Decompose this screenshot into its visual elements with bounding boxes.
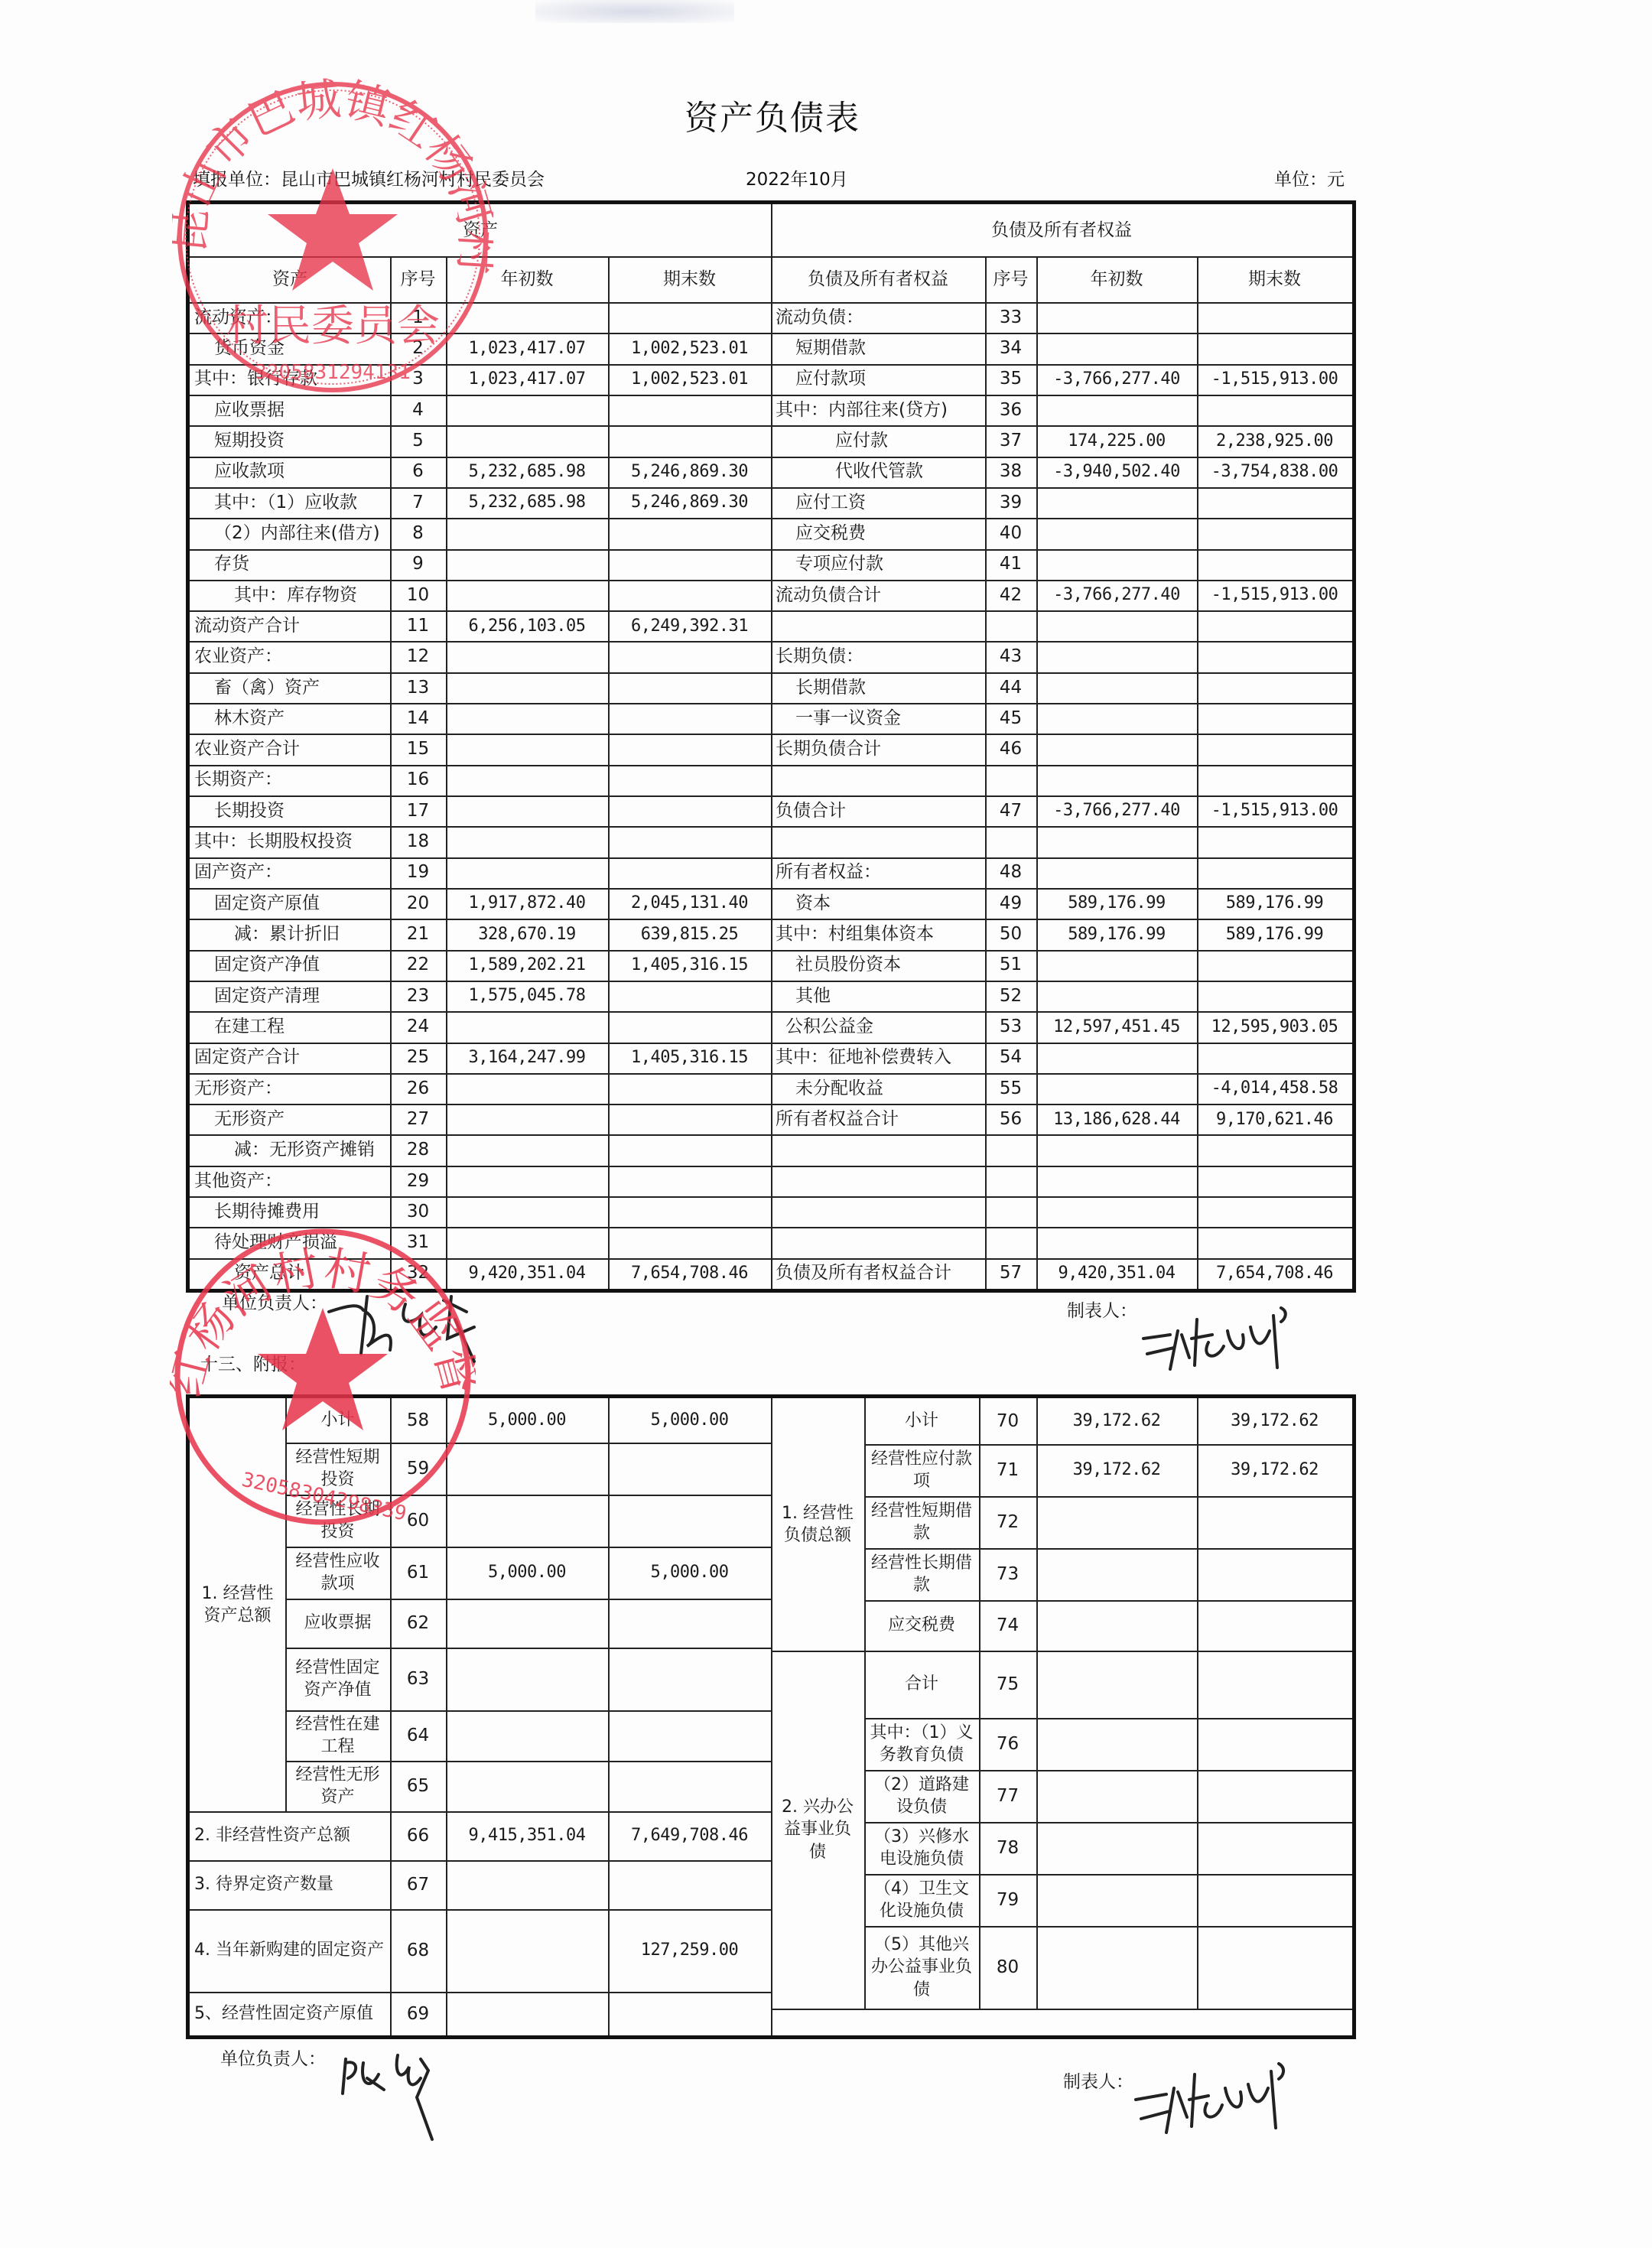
public-welfare-liability-name: （5）其他兴办公益事业负债	[864, 1926, 979, 2009]
balance-sheet-table: 资产负债及所有者权益资产负债及所有者权益序号序号年初数年初数期末数期末数流动资产…	[186, 200, 1356, 1293]
asset-begin-value	[446, 425, 608, 456]
scan-artifact	[535, 0, 734, 23]
other-asset-begin: 9,415,351.04	[446, 1811, 608, 1860]
asset-end-value	[608, 1073, 771, 1104]
operating-asset-begin	[446, 1648, 608, 1710]
asset-item-no: 17	[390, 795, 446, 826]
liability-item-no	[985, 1166, 1036, 1196]
other-asset-no: 69	[390, 1992, 446, 2036]
operating-asset-name: 小计	[285, 1398, 390, 1443]
public-welfare-liability-no: 77	[979, 1770, 1036, 1822]
asset-item-no: 27	[390, 1104, 446, 1134]
asset-end-value	[608, 1227, 771, 1257]
public-welfare-liability-name: （3）兴修水电设施负债	[864, 1822, 979, 1874]
operating-liability-name: 经营性应付款项	[864, 1444, 979, 1496]
liability-item-name: 应付款	[771, 425, 985, 456]
public-welfare-liability-begin	[1036, 1770, 1197, 1822]
liability-begin-value	[1036, 765, 1197, 795]
asset-end-value: 1,002,523.01	[608, 333, 771, 363]
asset-end-value	[608, 302, 771, 333]
liabilities-section-header: 负债及所有者权益	[771, 204, 1352, 256]
asset-begin-value: 5,232,685.98	[446, 487, 608, 518]
asset-end-value	[608, 857, 771, 888]
asset-end-value	[608, 549, 771, 580]
asset-begin-value	[446, 549, 608, 580]
other-asset-end: 127,259.00	[608, 1909, 771, 1992]
liability-item-name: 应交税费	[771, 518, 985, 548]
asset-begin-value	[446, 734, 608, 764]
asset-end-value	[608, 641, 771, 672]
liability-item-no: 52	[985, 981, 1036, 1011]
liability-item-name	[771, 826, 985, 857]
liability-begin-value: 589,176.99	[1036, 919, 1197, 949]
liability-end-value	[1197, 734, 1352, 764]
liability-begin-value	[1036, 333, 1197, 363]
operating-asset-begin	[446, 1443, 608, 1495]
asset-end-value	[608, 1011, 771, 1042]
document-title: 资产负债表	[0, 90, 1545, 139]
asset-begin-value	[446, 857, 608, 888]
operating-asset-no: 61	[390, 1547, 446, 1599]
liability-item-no: 49	[985, 888, 1036, 919]
supplement-label: 十三、附报：	[200, 1350, 306, 1375]
liability-item-no: 37	[985, 425, 1036, 456]
public-welfare-liability-no: 80	[979, 1926, 1036, 2009]
liability-end-value	[1197, 518, 1352, 548]
public-welfare-liability-no: 79	[979, 1874, 1036, 1926]
other-asset-end: 7,649,708.46	[608, 1811, 771, 1860]
liability-end-value: 9,170,621.46	[1197, 1104, 1352, 1134]
liability-item-no	[985, 1196, 1036, 1227]
asset-begin-value	[446, 1073, 608, 1104]
operating-liability-no: 74	[979, 1600, 1036, 1651]
supplement-table: 1. 经营性资产总额小计585,000.005,000.00经营性短期投资59经…	[186, 1394, 1356, 2039]
liability-item-name: 专项应付款	[771, 549, 985, 580]
asset-end-value: 1,405,316.15	[608, 950, 771, 981]
operating-liability-name: 经营性短期借款	[864, 1496, 979, 1548]
liability-item-name: 其中：内部往来(贷方)	[771, 395, 985, 425]
liability-item-name	[771, 1196, 985, 1227]
asset-end-value: 2,045,131.40	[608, 888, 771, 919]
liability-item-name: 流动负债：	[771, 302, 985, 333]
asset-item-no: 10	[390, 580, 446, 610]
liability-item-no	[985, 1134, 1036, 1165]
liability-begin-value: -3,766,277.40	[1036, 364, 1197, 395]
liability-end-value	[1197, 703, 1352, 734]
asset-begin-value	[446, 641, 608, 672]
asset-item-name: 存货	[190, 549, 390, 580]
asset-item-name: 货币资金	[190, 333, 390, 363]
public-welfare-liability-begin	[1036, 1718, 1197, 1770]
operating-asset-end: 5,000.00	[608, 1547, 771, 1599]
operating-liability-end	[1197, 1548, 1352, 1600]
other-asset-end	[608, 1992, 771, 2036]
operating-liability-begin	[1036, 1496, 1197, 1548]
liability-begin-value: 13,186,628.44	[1036, 1104, 1197, 1134]
report-period: 2022年10月	[746, 165, 848, 190]
asset-item-no: 24	[390, 1011, 446, 1042]
asset-begin-value	[446, 302, 608, 333]
liability-begin-value	[1036, 518, 1197, 548]
asset-begin-value	[446, 703, 608, 734]
liability-item-no: 40	[985, 518, 1036, 548]
operating-asset-end	[608, 1761, 771, 1811]
asset-col-end: 期末数	[608, 256, 771, 302]
liability-begin-value: 9,420,351.04	[1036, 1258, 1197, 1289]
grid-line	[771, 2009, 1352, 2010]
asset-begin-value: 1,575,045.78	[446, 981, 608, 1011]
reporting-unit-label: 填报单位：	[193, 170, 281, 190]
liability-item-no: 46	[985, 734, 1036, 764]
liability-item-no	[985, 610, 1036, 641]
asset-end-value	[608, 795, 771, 826]
preparer-signature-top	[1140, 1300, 1293, 1373]
liability-end-value	[1197, 826, 1352, 857]
liability-item-name	[771, 1134, 985, 1165]
asset-item-name: 其中：（1）应收款	[190, 487, 390, 518]
public-welfare-liability-no: 75	[979, 1651, 1036, 1718]
asset-item-no: 16	[390, 765, 446, 795]
liability-end-value	[1197, 302, 1352, 333]
other-asset-name: 4. 当年新购建的固定资产	[190, 1909, 390, 1992]
other-asset-name: 3. 待界定资产数量	[190, 1860, 390, 1909]
grid-line	[1036, 1398, 1038, 2009]
liability-item-no: 54	[985, 1043, 1036, 1073]
operating-asset-name: 经营性在建工程	[285, 1710, 390, 1761]
asset-begin-value	[446, 1166, 608, 1196]
liability-item-name: 所有者权益合计	[771, 1104, 985, 1134]
liability-end-value: 589,176.99	[1197, 888, 1352, 919]
liability-begin-value	[1036, 672, 1197, 703]
liability-col-begin: 年初数	[1036, 256, 1197, 302]
liability-begin-value: -3,766,277.40	[1036, 580, 1197, 610]
liability-item-name	[771, 1166, 985, 1196]
asset-item-no: 30	[390, 1196, 446, 1227]
public-welfare-liability-end	[1197, 1822, 1352, 1874]
operating-liability-end: 39,172.62	[1197, 1444, 1352, 1496]
asset-begin-value: 1,023,417.07	[446, 333, 608, 363]
liability-begin-value	[1036, 395, 1197, 425]
liability-end-value	[1197, 950, 1352, 981]
asset-item-no: 15	[390, 734, 446, 764]
asset-end-value: 639,815.25	[608, 919, 771, 949]
public-welfare-liability-no: 76	[979, 1718, 1036, 1770]
asset-item-name: 固定资产清理	[190, 981, 390, 1011]
other-asset-no: 67	[390, 1860, 446, 1909]
asset-begin-value: 1,589,202.21	[446, 950, 608, 981]
liability-col-no: 序号	[985, 256, 1036, 302]
operating-liabilities-group: 1. 经营性负债总额	[771, 1398, 864, 1651]
operating-asset-begin	[446, 1710, 608, 1761]
liability-begin-value	[1036, 302, 1197, 333]
operating-liability-end	[1197, 1600, 1352, 1651]
operating-asset-no: 64	[390, 1710, 446, 1761]
asset-begin-value	[446, 1134, 608, 1165]
asset-item-name: 其中：银行存款	[190, 364, 390, 395]
operating-liability-no: 72	[979, 1496, 1036, 1548]
liability-item-no: 57	[985, 1258, 1036, 1289]
public-welfare-liability-begin	[1036, 1651, 1197, 1718]
liability-begin-value: 174,225.00	[1036, 425, 1197, 456]
other-asset-name: 5、经营性固定资产原值	[190, 1992, 390, 2036]
liability-end-value	[1197, 641, 1352, 672]
liability-end-value	[1197, 395, 1352, 425]
public-welfare-liability-end	[1197, 1718, 1352, 1770]
liability-item-no: 47	[985, 795, 1036, 826]
liability-item-no	[985, 1227, 1036, 1257]
operating-asset-end	[608, 1710, 771, 1761]
liability-item-no: 33	[985, 302, 1036, 333]
asset-item-name: （2）内部往来(借方)	[190, 518, 390, 548]
liability-end-value: -1,515,913.00	[1197, 364, 1352, 395]
liability-begin-value: -3,940,502.40	[1036, 457, 1197, 487]
operating-liability-begin: 39,172.62	[1036, 1444, 1197, 1496]
asset-item-no: 19	[390, 857, 446, 888]
public-welfare-liability-end	[1197, 1926, 1352, 2009]
asset-begin-value	[446, 1196, 608, 1227]
asset-end-value: 1,405,316.15	[608, 1043, 771, 1073]
public-welfare-liability-end	[1197, 1874, 1352, 1926]
liability-item-name: 负债及所有者权益合计	[771, 1258, 985, 1289]
other-asset-no: 68	[390, 1909, 446, 1992]
public-welfare-liability-begin	[1036, 1822, 1197, 1874]
other-asset-no: 66	[390, 1811, 446, 1860]
liability-begin-value	[1036, 703, 1197, 734]
liability-item-name: 应付工资	[771, 487, 985, 518]
liability-item-name: 短期借款	[771, 333, 985, 363]
liability-item-name: 长期借款	[771, 672, 985, 703]
reporting-unit-value: 昆山市巴城镇红杨河村村民委员会	[281, 170, 545, 190]
grid-line	[979, 1398, 980, 2009]
asset-begin-value	[446, 826, 608, 857]
asset-item-name: 固定资产合计	[190, 1043, 390, 1073]
asset-item-no: 8	[390, 518, 446, 548]
liability-end-value	[1197, 765, 1352, 795]
asset-item-name: 减：累计折旧	[190, 919, 390, 949]
asset-item-name: 固定资产原值	[190, 888, 390, 919]
liability-begin-value	[1036, 610, 1197, 641]
asset-begin-value: 328,670.19	[446, 919, 608, 949]
asset-item-no: 6	[390, 457, 446, 487]
liability-item-no: 38	[985, 457, 1036, 487]
asset-item-no: 22	[390, 950, 446, 981]
asset-end-value	[608, 425, 771, 456]
liability-begin-value	[1036, 641, 1197, 672]
liability-item-name: 其他	[771, 981, 985, 1011]
operating-asset-no: 63	[390, 1648, 446, 1710]
asset-begin-value: 5,232,685.98	[446, 457, 608, 487]
grid-line	[864, 1398, 866, 2009]
liability-item-name: 其中：征地补偿费转入	[771, 1043, 985, 1073]
asset-item-no: 14	[390, 703, 446, 734]
asset-begin-value: 1,917,872.40	[446, 888, 608, 919]
operating-asset-end	[608, 1599, 771, 1648]
liability-end-value	[1197, 333, 1352, 363]
other-asset-begin	[446, 1992, 608, 2036]
liability-begin-value	[1036, 1134, 1197, 1165]
liability-begin-value	[1036, 826, 1197, 857]
liability-item-no: 53	[985, 1011, 1036, 1042]
asset-item-no: 12	[390, 641, 446, 672]
operating-asset-end	[608, 1648, 771, 1710]
asset-item-name: 林木资产	[190, 703, 390, 734]
asset-end-value	[608, 1166, 771, 1196]
asset-begin-value	[446, 395, 608, 425]
liability-end-value	[1197, 981, 1352, 1011]
operating-asset-begin	[446, 1599, 608, 1648]
asset-begin-value: 3,164,247.99	[446, 1043, 608, 1073]
liability-item-no: 34	[985, 333, 1036, 363]
asset-begin-value: 6,256,103.05	[446, 610, 608, 641]
public-welfare-liability-name: （4）卫生文化设施负债	[864, 1874, 979, 1926]
liability-begin-value	[1036, 1227, 1197, 1257]
operating-asset-begin	[446, 1495, 608, 1547]
assets-section-header: 资产	[190, 204, 771, 256]
asset-item-name: 应收票据	[190, 395, 390, 425]
asset-item-no: 3	[390, 364, 446, 395]
liability-item-no: 35	[985, 364, 1036, 395]
operating-liability-no: 70	[979, 1398, 1036, 1444]
asset-item-name: 待处理财产损溢	[190, 1227, 390, 1257]
liability-item-name	[771, 610, 985, 641]
other-asset-begin	[446, 1860, 608, 1909]
public-welfare-liability-no: 78	[979, 1822, 1036, 1874]
grid-line	[1197, 1398, 1198, 2009]
preparer-signature-bottom	[1132, 2058, 1300, 2142]
other-asset-begin	[446, 1909, 608, 1992]
liability-end-value	[1197, 1166, 1352, 1196]
asset-item-name: 固定资产净值	[190, 950, 390, 981]
asset-col-begin: 年初数	[446, 256, 608, 302]
operating-asset-name: 经营性长期投资	[285, 1495, 390, 1547]
liability-end-value	[1197, 610, 1352, 641]
asset-begin-value	[446, 1011, 608, 1042]
asset-item-name: 长期待摊费用	[190, 1196, 390, 1227]
asset-item-no: 31	[390, 1227, 446, 1257]
asset-end-value: 1,002,523.01	[608, 364, 771, 395]
liability-begin-value	[1036, 549, 1197, 580]
liability-col-end: 期末数	[1197, 256, 1352, 302]
asset-item-no: 9	[390, 549, 446, 580]
asset-begin-value	[446, 518, 608, 548]
liability-item-name: 一事一议资金	[771, 703, 985, 734]
operating-asset-name: 应收票据	[285, 1599, 390, 1648]
public-welfare-liability-name: （2）道路建设负债	[864, 1770, 979, 1822]
operating-liability-end	[1197, 1496, 1352, 1548]
liability-begin-value	[1036, 857, 1197, 888]
asset-begin-value	[446, 672, 608, 703]
liability-item-no: 39	[985, 487, 1036, 518]
liability-item-no: 43	[985, 641, 1036, 672]
asset-item-name: 流动资产：	[190, 302, 390, 333]
asset-item-name: 长期投资	[190, 795, 390, 826]
asset-end-value	[608, 672, 771, 703]
operating-asset-name: 经营性应收款项	[285, 1547, 390, 1599]
liability-begin-value	[1036, 981, 1197, 1011]
asset-end-value	[608, 826, 771, 857]
liability-item-no: 41	[985, 549, 1036, 580]
liability-item-name: 公积公益金	[771, 1011, 985, 1042]
liability-item-no: 42	[985, 580, 1036, 610]
asset-begin-value	[446, 1104, 608, 1134]
asset-item-name: 其中：长期股权投资	[190, 826, 390, 857]
asset-begin-value	[446, 580, 608, 610]
operating-asset-begin	[446, 1761, 608, 1811]
asset-end-value	[608, 1134, 771, 1165]
operating-liability-name: 小计	[864, 1398, 979, 1444]
public-welfare-liability-begin	[1036, 1874, 1197, 1926]
asset-begin-value: 1,023,417.07	[446, 364, 608, 395]
asset-item-name: 流动资产合计	[190, 610, 390, 641]
asset-end-value	[608, 580, 771, 610]
asset-item-no: 26	[390, 1073, 446, 1104]
liability-item-no: 36	[985, 395, 1036, 425]
asset-item-no: 29	[390, 1166, 446, 1196]
liability-item-no: 44	[985, 672, 1036, 703]
liability-end-value	[1197, 549, 1352, 580]
operating-asset-end	[608, 1443, 771, 1495]
operating-asset-end: 5,000.00	[608, 1398, 771, 1443]
liability-item-no: 51	[985, 950, 1036, 981]
liability-end-value	[1197, 857, 1352, 888]
asset-item-no: 11	[390, 610, 446, 641]
operating-asset-no: 62	[390, 1599, 446, 1648]
operating-liability-name: 应交税费	[864, 1600, 979, 1651]
head-signature-label-bottom: 单位负责人：	[220, 2045, 326, 2070]
liability-item-name: 其中：村组集体资本	[771, 919, 985, 949]
asset-item-no: 20	[390, 888, 446, 919]
asset-item-name: 其他资产：	[190, 1166, 390, 1196]
asset-item-no: 28	[390, 1134, 446, 1165]
liability-item-no: 55	[985, 1073, 1036, 1104]
liability-item-name: 长期负债：	[771, 641, 985, 672]
liability-item-name	[771, 1227, 985, 1257]
asset-item-no: 2	[390, 333, 446, 363]
liability-item-no: 56	[985, 1104, 1036, 1134]
asset-end-value	[608, 765, 771, 795]
asset-item-name: 长期资产：	[190, 765, 390, 795]
liability-item-no	[985, 765, 1036, 795]
operating-asset-name: 经营性固定资产净值	[285, 1648, 390, 1710]
operating-liability-no: 73	[979, 1548, 1036, 1600]
liability-item-name: 流动负债合计	[771, 580, 985, 610]
asset-item-no: 5	[390, 425, 446, 456]
asset-begin-value	[446, 765, 608, 795]
public-welfare-liabilities-group: 2. 兴办公益事业负债	[771, 1651, 864, 2009]
asset-item-no: 21	[390, 919, 446, 949]
liability-item-name: 资本	[771, 888, 985, 919]
liability-item-name: 代收代管款	[771, 457, 985, 487]
liability-end-value	[1197, 1043, 1352, 1073]
liability-end-value: 589,176.99	[1197, 919, 1352, 949]
asset-item-no: 23	[390, 981, 446, 1011]
public-welfare-liability-end	[1197, 1770, 1352, 1822]
operating-asset-begin: 5,000.00	[446, 1398, 608, 1443]
operating-asset-no: 58	[390, 1398, 446, 1443]
operating-liability-end: 39,172.62	[1197, 1398, 1352, 1444]
asset-begin-value: 9,420,351.04	[446, 1258, 608, 1289]
liability-begin-value	[1036, 1166, 1197, 1196]
asset-item-name: 无形资产：	[190, 1073, 390, 1104]
liability-item-name: 未分配收益	[771, 1073, 985, 1104]
currency-unit: 单位：元	[1274, 165, 1345, 190]
asset-item-no: 13	[390, 672, 446, 703]
operating-asset-name: 经营性短期投资	[285, 1443, 390, 1495]
liability-begin-value	[1036, 1073, 1197, 1104]
liability-end-value	[1197, 1134, 1352, 1165]
asset-col-name: 资产	[190, 256, 390, 302]
liability-item-name: 负债合计	[771, 795, 985, 826]
